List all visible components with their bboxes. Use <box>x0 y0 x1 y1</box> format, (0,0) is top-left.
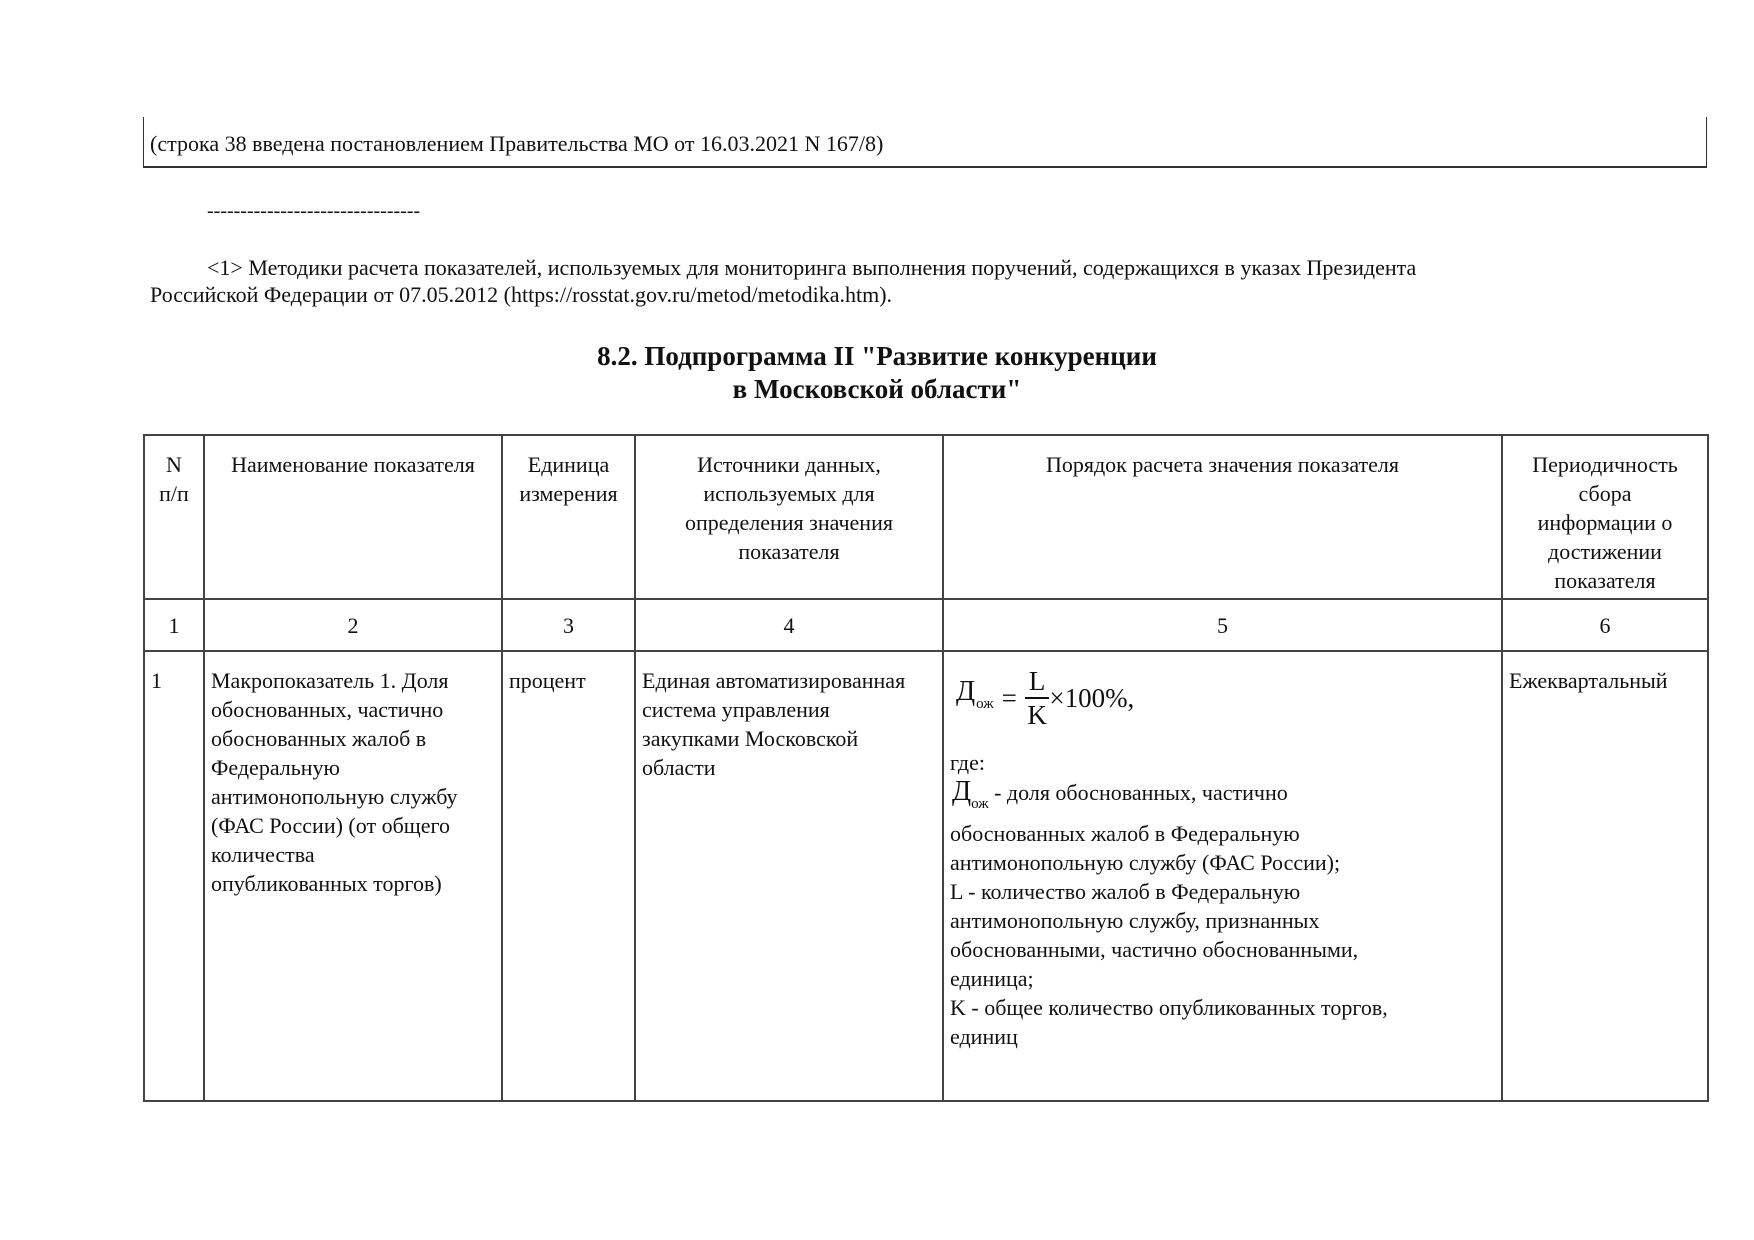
section-title-line-2: в Московской области" <box>0 373 1754 406</box>
table-header-row: Nп/п Наименование показателя Единицаизме… <box>144 435 1708 599</box>
footnote-line-2: Российской Федерации от 07.05.2012 (http… <box>150 281 1710 308</box>
indicator-name: Макропоказатель 1. Доляобоснованных, час… <box>204 651 502 1101</box>
header-unit: Единицаизмерения <box>502 435 635 599</box>
footnote: <1> Методики расчета показателей, исполь… <box>150 254 1710 308</box>
row-amendment-note: (строка 38 введена постановлением Правит… <box>150 131 883 157</box>
column-numbers-row: 1 2 3 4 5 6 <box>144 599 1708 651</box>
formula-equals: = <box>1002 684 1017 713</box>
periodicity: Ежеквартальный <box>1502 651 1708 1101</box>
column-number: 3 <box>502 599 635 651</box>
column-number: 4 <box>635 599 943 651</box>
section-title: 8.2. Подпрограмма II "Развитие конкуренц… <box>0 340 1754 406</box>
header-calculation: Порядок расчета значения показателя <box>943 435 1502 599</box>
data-source: Единая автоматизированнаясистема управле… <box>635 651 943 1101</box>
calculation-method: Дож = L K ×100%, где: Дож - доля обоснов… <box>943 651 1502 1101</box>
footnote-line-1: <1> Методики расчета показателей, исполь… <box>150 254 1710 281</box>
header-indicator-name: Наименование показателя <box>204 435 502 599</box>
calculation-formula: Дож = L K ×100%, <box>956 662 1495 734</box>
legend-lines: обоснованных жалоб в Федеральнуюантимоно… <box>950 819 1495 1051</box>
header-data-sources: Источники данных,используемых дляопредел… <box>635 435 943 599</box>
footnote-separator: -------------------------------- <box>207 200 420 223</box>
legend-first-line: Дож - доля обоснованных, частично <box>950 777 1495 819</box>
previous-table-row: (строка 38 введена постановлением Правит… <box>143 117 1707 168</box>
column-number: 1 <box>144 599 204 651</box>
formula-numerator: L <box>1025 665 1050 699</box>
section-title-line-1: 8.2. Подпрограмма II "Развитие конкуренц… <box>0 340 1754 373</box>
header-number: Nп/п <box>144 435 204 599</box>
unit-of-measure: процент <box>502 651 635 1101</box>
column-number: 2 <box>204 599 502 651</box>
header-periodicity: Периодичностьсбораинформации одостижении… <box>1502 435 1708 599</box>
where-label: где: <box>950 748 1495 777</box>
column-number: 5 <box>943 599 1502 651</box>
formula-tail: ×100%, <box>1049 684 1134 713</box>
row-number: 1 <box>144 651 204 1101</box>
formula-denominator: K <box>1027 699 1047 731</box>
legend-symbol: Дож <box>952 776 989 807</box>
column-number: 6 <box>1502 599 1708 651</box>
formula-fraction: L K <box>1025 665 1050 731</box>
formula-lhs: Дож <box>956 677 994 719</box>
indicators-table: Nп/п Наименование показателя Единицаизме… <box>143 434 1709 1102</box>
table-row: 1 Макропоказатель 1. Доляобоснованных, ч… <box>144 651 1708 1101</box>
